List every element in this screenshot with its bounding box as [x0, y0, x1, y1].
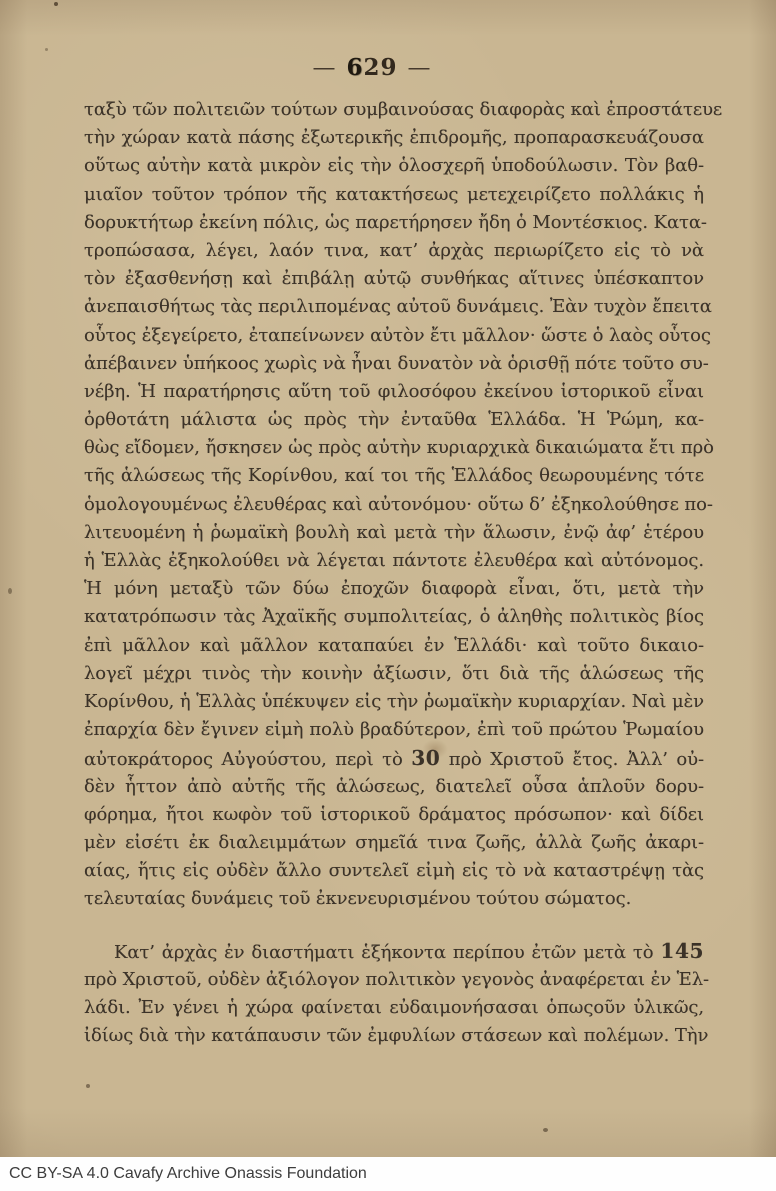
text-line: Κορίνθου, ἡ Ἑλλὰς ὑπέκυψεν εἰς τὴν ῥωμαϊ…	[84, 688, 704, 716]
scanned-book-page: —629— ταξὺ τῶν πολιτειῶν τούτων συμβαινο…	[0, 0, 776, 1191]
text-line: τὸν ἐξασθενήσῃ καὶ ἐπιβάλῃ αὐτῷ συνθήκας…	[84, 265, 704, 293]
text-line: ἡ Ἑλλὰς ἐξηκολούθει νὰ λέγεται πάντοτε ἐ…	[84, 547, 704, 575]
text-line: τῆς ἁλώσεως τῆς Κορίνθου, καί τοι τῆς Ἑλ…	[84, 462, 704, 490]
text-line: ἰδίως διὰ τὴν κατάπαυσιν τῶν ἐμφυλίων στ…	[84, 1022, 704, 1050]
page-number: 629	[346, 54, 397, 81]
text-line: τὴν χώραν κατὰ πάσης ἐξωτερικῆς ἐπιδρομῆ…	[84, 124, 704, 152]
text-line: οὗτος ἐξεγείρετο, ἐταπείνωνεν αὐτὸν ἔτι …	[84, 322, 704, 350]
ink-speck	[86, 1084, 90, 1088]
text-line: Ἡ μόνη μεταξὺ τῶν δύω ἐποχῶν διαφορὰ εἶν…	[84, 575, 704, 603]
text-line: τελευταίας δυνάμεις τοῦ ἐκνενευρισμένου …	[84, 885, 704, 913]
text-line: δὲν ἧττον ἀπὸ αὐτῆς τῆς ἁλώσεως, διατελε…	[84, 773, 704, 801]
text-line: φόρημα, ἤτοι κωφὸν τοῦ ἱστορικοῦ δράματο…	[84, 801, 704, 829]
text-line: θὼς εἴδομεν, ἤσκησεν ὡς πρὸς αὐτὴν κυρια…	[84, 434, 704, 462]
text-line: κατατρόπωσιν τὰς Ἀχαϊκῆς συμπολιτείας, ὁ…	[84, 603, 704, 631]
page-number-lead-digit: 6	[346, 54, 363, 81]
header-dash-left: —	[312, 55, 336, 81]
ink-speck	[54, 2, 58, 6]
text-line: αίας, ἥτις εἰς οὐδὲν ἄλλο συντελεῖ εἰμὴ …	[84, 857, 704, 885]
text-line: ταξὺ τῶν πολιτειῶν τούτων συμβαινούσας δ…	[84, 96, 704, 124]
text-line: πρὸ Χριστοῦ, οὐδὲν ἀξιόλογον πολιτικὸν γ…	[84, 966, 704, 994]
text-line: δορυκτήτωρ ἐκείνη πόλις, ὡς παρετήρησεν …	[84, 209, 704, 237]
text-line: λιτευομένη ἡ ῥωμαϊκὴ βουλὴ καὶ μετὰ τὴν …	[84, 519, 704, 547]
text-line: νέβη. Ἡ παρατήρησις αὕτη τοῦ φιλοσόφου ἐ…	[84, 378, 704, 406]
page-number-rest-digits: 29	[364, 54, 398, 81]
text-line: τροπώσασα, λέγει, λαόν τινα, κατ’ ἀρχὰς …	[84, 237, 704, 265]
ink-speck	[45, 48, 48, 51]
text-line: αὐτοκράτορος Αὐγούστου, περὶ τὸ 30 πρὸ Χ…	[84, 744, 704, 772]
paragraph: Κατ’ ἀρχὰς ἐν διαστήματι ἑξήκοντα περίπο…	[84, 937, 704, 1050]
paragraph: ταξὺ τῶν πολιτειῶν τούτων συμβαινούσας δ…	[84, 96, 704, 913]
ink-speck	[8, 588, 12, 594]
text-line: μὲν εἰσέτι ἐκ διαλειμμάτων σημεῖά τινα ζ…	[84, 829, 704, 857]
page-header: —629—	[0, 54, 760, 81]
text-line: ὁμολογουμένως ἐλευθέρας καὶ αὐτονόμου· ο…	[84, 491, 704, 519]
ink-speck	[543, 1128, 548, 1132]
text-line: ἐπαρχία δὲν ἔγινεν εἰμὴ πολὺ βραδύτερον,…	[84, 716, 704, 744]
text-line: λογεῖ μέχρι τινὸς τὴν κοινὴν ἀξίωσιν, ὅτ…	[84, 660, 704, 688]
text-line: μιαῖον τοῦτον τρόπον τῆς κατακτήσεως μετ…	[84, 181, 704, 209]
header-dash-right: —	[408, 55, 432, 81]
license-text: CC BY-SA 4.0 Cavafy Archive Onassis Foun…	[9, 1165, 367, 1182]
license-bar: CC BY-SA 4.0 Cavafy Archive Onassis Foun…	[0, 1157, 776, 1191]
text-line: λάδι. Ἐν γένει ἡ χώρα φαίνεται εὐδαιμονή…	[84, 994, 704, 1022]
text-line: ἀπέβαινεν ὑπήκοος χωρὶς νὰ ἦναι δυνατὸν …	[84, 350, 704, 378]
text-line: ὀρθοτάτη μάλιστα ὡς πρὸς τὴν ἐνταῦθα Ἑλλ…	[84, 406, 704, 434]
text-line: ἀνεπαισθήτως τὰς περιλιπομένας αὐτοῦ δυν…	[84, 293, 704, 321]
text-line: Κατ’ ἀρχὰς ἐν διαστήματι ἑξήκοντα περίπο…	[84, 937, 704, 965]
text-line: ἐπὶ μᾶλλον καὶ μᾶλλον καταπαύει ἐν Ἑλλάδ…	[84, 632, 704, 660]
page-body-text: ταξὺ τῶν πολιτειῶν τούτων συμβαινούσας δ…	[84, 96, 704, 1050]
text-line: οὕτως αὐτὴν κατὰ μικρὸν εἰς τὴν ὁλοσχερῆ…	[84, 152, 704, 180]
